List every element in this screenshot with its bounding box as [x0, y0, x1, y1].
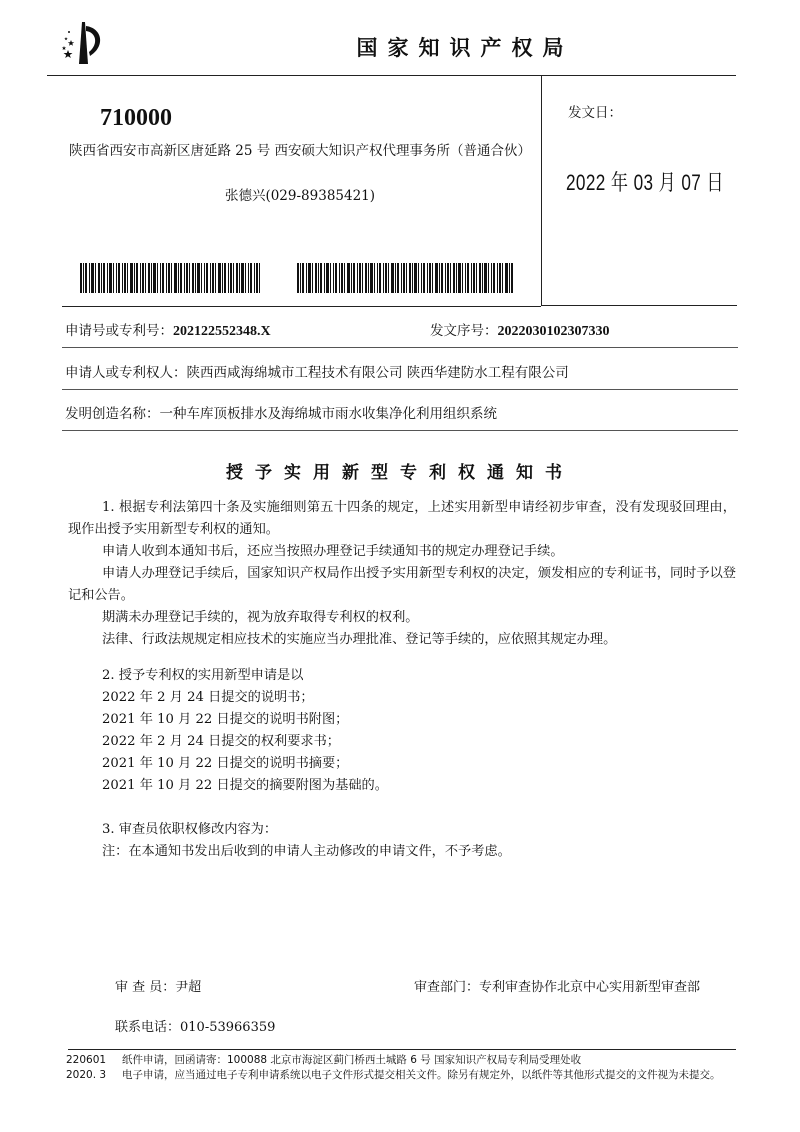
- issue-date-label: 发文日：: [568, 101, 622, 121]
- examiner-name: 尹超: [175, 980, 201, 995]
- row-divider: [62, 389, 738, 390]
- invention-title-row: 发明创造名称：一种车库顶板排水及海绵城市雨水收集净化利用组织系统: [65, 402, 497, 422]
- footer-mail-notice: 纸件申请，回函请寄：100088 北京市海淀区蓟门桥西土城路 6 号 国家知识产…: [122, 1053, 742, 1068]
- section3-heading: 3. 审查员依职权修改内容为：: [102, 819, 277, 841]
- form-code: 220601: [66, 1053, 106, 1068]
- issue-box-bottom: [541, 305, 737, 306]
- serial-number-label: 发文序号：: [430, 323, 498, 339]
- submission-item: 2021 年 10 月 22 日提交的说明书摘要；: [102, 753, 348, 775]
- department: 审查部门：专利审查协作北京中心实用新型审查部: [414, 976, 700, 995]
- examiner-label: 审 查 员：: [115, 980, 175, 995]
- application-number: 202122552348.X: [173, 324, 271, 339]
- barcode-left: [80, 263, 260, 293]
- applicant-names: 陕西西咸海绵城市工程技术有限公司 陕西华建防水工程有限公司: [187, 365, 569, 381]
- row-divider: [62, 347, 738, 348]
- applicant-label: 申请人或专利权人：: [65, 365, 187, 381]
- department-name: 专利审查协作北京中心实用新型审查部: [479, 980, 700, 995]
- application-number-label: 申请号或专利号：: [65, 323, 173, 339]
- section1-paragraph: 1. 根据专利法第四十条及实施细则第五十四条的规定，上述实用新型申请经初步审查，…: [68, 497, 736, 542]
- phone-number: 010-53966359: [180, 1020, 275, 1035]
- agency-name: 国家知识产权局: [0, 32, 800, 62]
- section3-note: 注：在本通知书发出后收到的申请人主动修改的申请文件，不予考虑。: [102, 841, 511, 863]
- form-version: 2020. 3: [66, 1068, 106, 1083]
- submission-item: 2021 年 10 月 22 日提交的摘要附图为基础的。: [102, 775, 388, 797]
- application-number-row: 申请号或专利号：202122552348.X: [65, 319, 271, 340]
- section1-paragraph: 法律、行政法规规定相应技术的实施应当办理批准、登记等手续的，应依照其规定办理。: [68, 629, 736, 651]
- serial-number: 2022030102307330: [498, 324, 610, 339]
- footer-electronic-notice: 电子申请，应当通过电子专利申请系统以电子文件形式提交相关文件。除另有规定外，以纸…: [122, 1068, 742, 1083]
- section1-paragraph: 期满未办理登记手续的，视为放弃取得专利权的权利。: [68, 607, 736, 629]
- submission-item: 2021 年 10 月 22 日提交的说明书附图；: [102, 709, 348, 731]
- phone: 联系电话：010-53966359: [115, 1016, 275, 1035]
- examiner: 审 查 员：尹超: [115, 976, 201, 995]
- recipient-address: 陕西省西安市高新区唐延路 25 号 西安硕大知识产权代理事务所（普通合伙）: [62, 140, 538, 162]
- top-rule-right: [480, 75, 736, 76]
- row-divider: [62, 306, 541, 307]
- barcode-right: [297, 263, 513, 293]
- notice-title: 授予实用新型专利权通知书: [0, 458, 800, 483]
- recipient-contact: 张德兴(029-89385421): [62, 184, 538, 204]
- serial-number-row: 发文序号：2022030102307330: [430, 319, 610, 340]
- postcode: 710000: [100, 105, 172, 132]
- submission-item: 2022 年 2 月 24 日提交的说明书；: [102, 687, 314, 709]
- issue-date: 2022 年 03 月 07 日: [566, 166, 724, 197]
- section2-heading: 2. 授予专利权的实用新型申请是以: [102, 665, 303, 687]
- applicant-row: 申请人或专利权人：陕西西咸海绵城市工程技术有限公司 陕西华建防水工程有限公司: [65, 361, 569, 381]
- department-label: 审查部门：: [414, 980, 479, 995]
- footer-divider: [68, 1049, 736, 1050]
- invention-title: 一种车库顶板排水及海绵城市雨水收集净化利用组织系统: [160, 406, 498, 422]
- submission-item: 2022 年 2 月 24 日提交的权利要求书；: [102, 731, 340, 753]
- issue-box-divider: [541, 76, 542, 306]
- invention-title-label: 发明创造名称：: [65, 406, 160, 422]
- phone-label: 联系电话：: [115, 1020, 180, 1035]
- section1-paragraph: 申请人办理登记手续后，国家知识产权局作出授予实用新型专利权的决定，颁发相应的专利…: [68, 563, 736, 608]
- row-divider: [62, 430, 738, 431]
- top-rule: [47, 75, 481, 76]
- section1-paragraph: 申请人收到本通知书后，还应当按照办理登记手续通知书的规定办理登记手续。: [68, 541, 736, 563]
